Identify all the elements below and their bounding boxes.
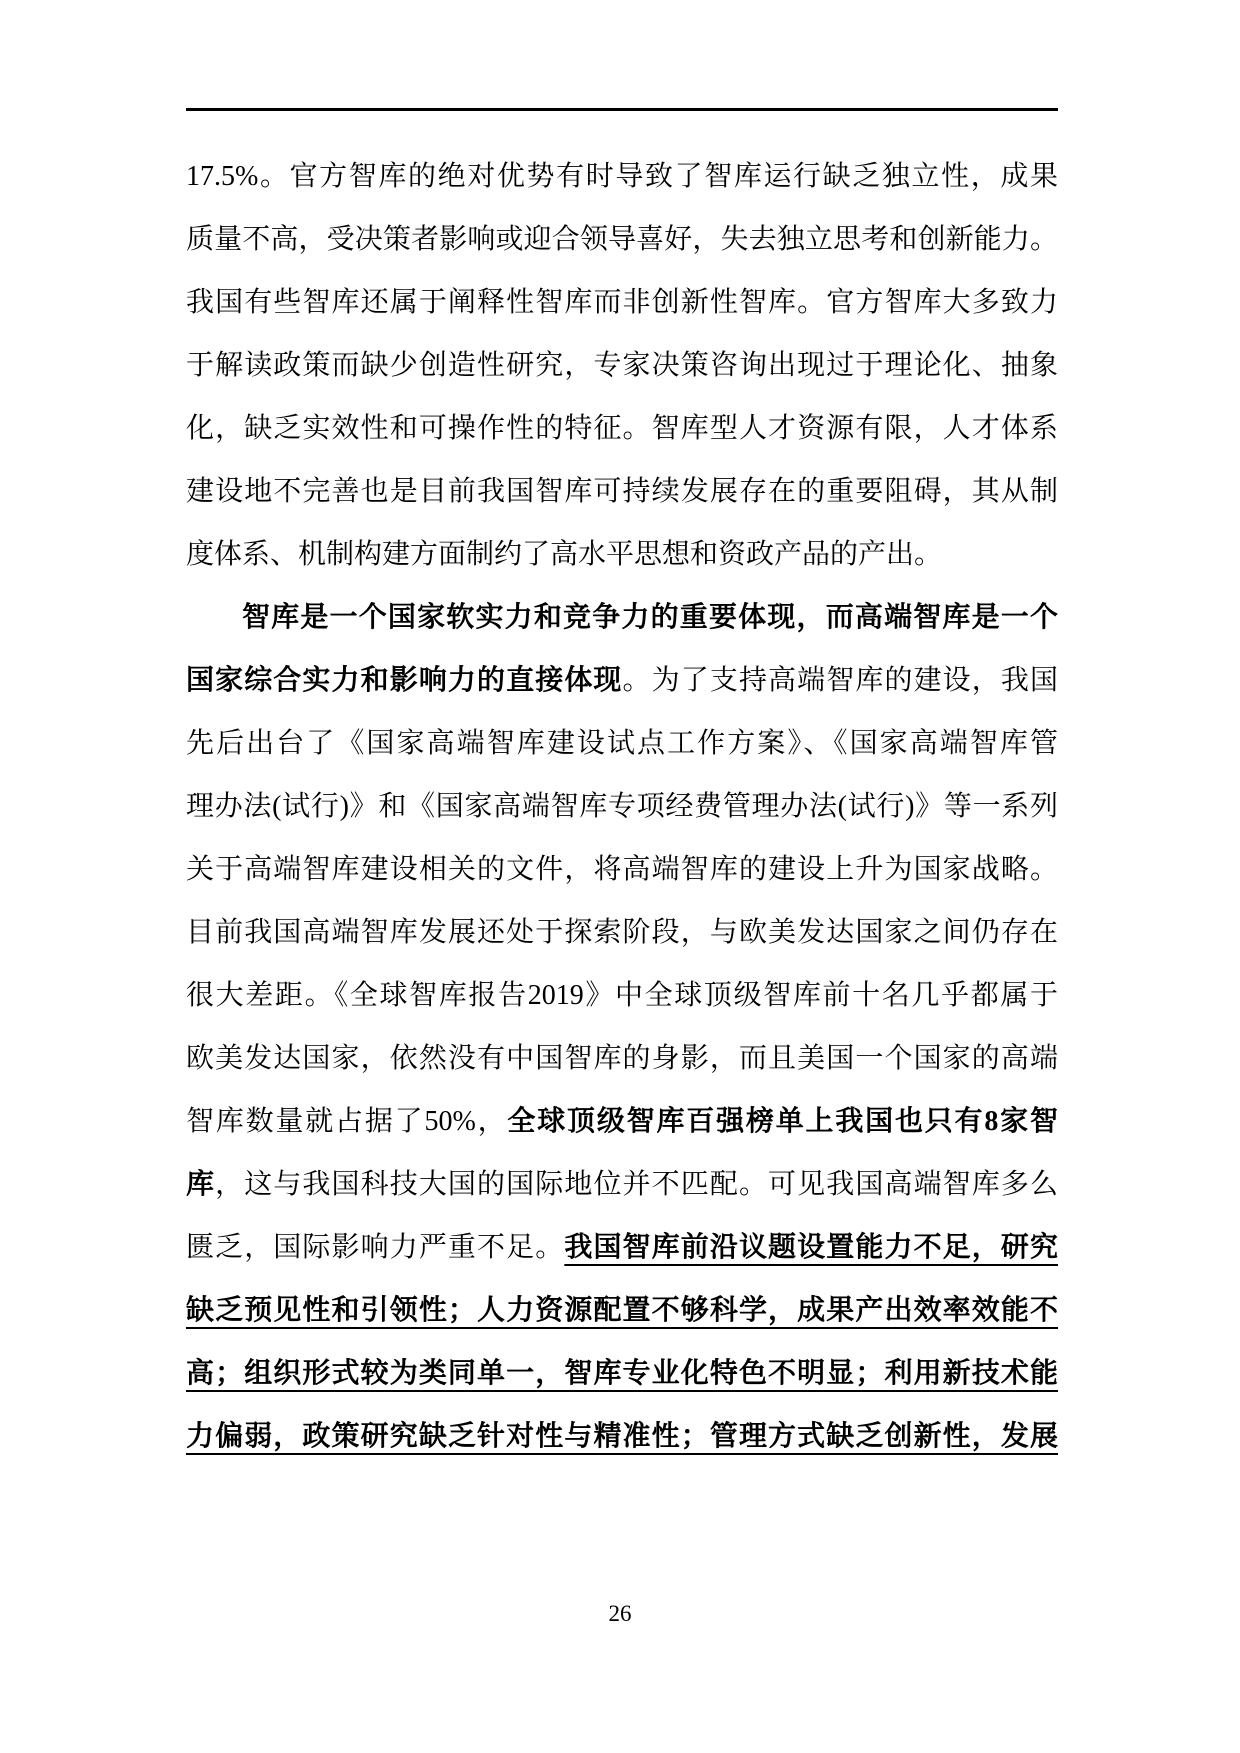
text-run: 关于高端智库建设相关的文件，将高端智库的建设上升为国家战略。 bbox=[186, 854, 1058, 885]
text-line: 缺乏预见性和引领性；人力资源配置不够科学，成果产出效率效能不 bbox=[186, 1279, 1058, 1342]
text-line: 化，缺乏实效性和可操作性的特征。智库型人才资源有限，人才体系 bbox=[186, 397, 1058, 460]
document-page: 17.5%。官方智库的绝对优势有时导致了智库运行缺乏独立性，成果质量不高，受决策… bbox=[0, 0, 1240, 1753]
text-line: 库，这与我国科技大国的国际地位并不匹配。可见我国高端智库多么 bbox=[186, 1153, 1058, 1216]
text-line: 智库是一个国家软实力和竞争力的重要体现，而高端智库是一个 bbox=[186, 586, 1058, 649]
text-run: 全球顶级智库百强榜单上我国也只有8家智 bbox=[507, 1106, 1058, 1137]
text-run: 化，缺乏实效性和可操作性的特征。智库型人才资源有限，人才体系 bbox=[186, 413, 1058, 444]
text-run: 智库是一个国家软实力和竞争力的重要体现，而高端智库是一个 bbox=[242, 602, 1058, 633]
text-run: 。为了支持高端智库的建设，我国 bbox=[623, 665, 1058, 696]
text-run: 缺乏预见性和引领性；人力资源配置不够科学，成果产出效率效能不 bbox=[186, 1295, 1058, 1326]
text-run: 于解读政策而缺少创造性研究，专家决策咨询出现过于理论化、抽象 bbox=[186, 350, 1058, 381]
text-line: 智库数量就占据了50%，全球顶级智库百强榜单上我国也只有8家智 bbox=[186, 1090, 1058, 1153]
text-run: 很大差距。《全球智库报告2019》中全球顶级智库前十名几乎都属于 bbox=[186, 980, 1058, 1011]
page-number: 26 bbox=[0, 1597, 1240, 1631]
header-rule bbox=[186, 108, 1058, 111]
text-run: 度体系、机制构建方面制约了高水平思想和资政产品的产出。 bbox=[186, 539, 942, 570]
text-run: 目前我国高端智库发展还处于探索阶段，与欧美发达国家之间仍存在 bbox=[186, 917, 1058, 948]
text-line: 关于高端智库建设相关的文件，将高端智库的建设上升为国家战略。 bbox=[186, 838, 1058, 901]
text-line: 国家综合实力和影响力的直接体现。为了支持高端智库的建设，我国 bbox=[186, 649, 1058, 712]
text-run: 库 bbox=[186, 1169, 215, 1200]
text-run: 高；组织形式较为类同单一，智库专业化特色不明显；利用新技术能 bbox=[186, 1358, 1058, 1389]
text-run: 匮乏，国际影响力严重不足。 bbox=[186, 1232, 564, 1263]
text-line: 于解读政策而缺少创造性研究，专家决策咨询出现过于理论化、抽象 bbox=[186, 334, 1058, 397]
text-run: 17.5%。官方智库的绝对优势有时导致了智库运行缺乏独立性，成果 bbox=[186, 161, 1058, 192]
text-line: 很大差距。《全球智库报告2019》中全球顶级智库前十名几乎都属于 bbox=[186, 964, 1058, 1027]
text-line: 建设地不完善也是目前我国智库可持续发展存在的重要阻碍，其从制 bbox=[186, 460, 1058, 523]
text-run: 质量不高，受决策者影响或迎合领导喜好，失去独立思考和创新能力。 bbox=[186, 224, 1058, 255]
text-run: 国家综合实力和影响力的直接体现 bbox=[186, 665, 623, 696]
document-body: 17.5%。官方智库的绝对优势有时导致了智库运行缺乏独立性，成果质量不高，受决策… bbox=[186, 145, 1058, 1468]
text-run: 力偏弱，政策研究缺乏针对性与精准性；管理方式缺乏创新性，发展 bbox=[186, 1421, 1058, 1452]
text-run: 建设地不完善也是目前我国智库可持续发展存在的重要阻碍，其从制 bbox=[186, 476, 1058, 507]
text-run: 欧美发达国家，依然没有中国智库的身影，而且美国一个国家的高端 bbox=[186, 1043, 1058, 1074]
text-line: 欧美发达国家，依然没有中国智库的身影，而且美国一个国家的高端 bbox=[186, 1027, 1058, 1090]
text-run: 我国智库前沿议题设置能力不足，研究 bbox=[564, 1232, 1058, 1263]
text-line: 目前我国高端智库发展还处于探索阶段，与欧美发达国家之间仍存在 bbox=[186, 901, 1058, 964]
text-line: 高；组织形式较为类同单一，智库专业化特色不明显；利用新技术能 bbox=[186, 1342, 1058, 1405]
text-line: 匮乏，国际影响力严重不足。我国智库前沿议题设置能力不足，研究 bbox=[186, 1216, 1058, 1279]
text-run: ，这与我国科技大国的国际地位并不匹配。可见我国高端智库多么 bbox=[215, 1169, 1058, 1200]
text-line: 度体系、机制构建方面制约了高水平思想和资政产品的产出。 bbox=[186, 523, 1058, 586]
text-run: 我国有些智库还属于阐释性智库而非创新性智库。官方智库大多致力 bbox=[186, 287, 1058, 318]
text-line: 我国有些智库还属于阐释性智库而非创新性智库。官方智库大多致力 bbox=[186, 271, 1058, 334]
text-line: 17.5%。官方智库的绝对优势有时导致了智库运行缺乏独立性，成果 bbox=[186, 145, 1058, 208]
text-run: 智库数量就占据了50%， bbox=[186, 1106, 507, 1137]
text-run: 理办法(试行)》和《国家高端智库专项经费管理办法(试行)》等一系列 bbox=[186, 791, 1058, 822]
text-line: 理办法(试行)》和《国家高端智库专项经费管理办法(试行)》等一系列 bbox=[186, 775, 1058, 838]
text-line: 质量不高，受决策者影响或迎合领导喜好，失去独立思考和创新能力。 bbox=[186, 208, 1058, 271]
text-run: 先后出台了《国家高端智库建设试点工作方案》、《国家高端智库管 bbox=[186, 728, 1058, 759]
text-line: 力偏弱，政策研究缺乏针对性与精准性；管理方式缺乏创新性，发展 bbox=[186, 1405, 1058, 1468]
text-line: 先后出台了《国家高端智库建设试点工作方案》、《国家高端智库管 bbox=[186, 712, 1058, 775]
